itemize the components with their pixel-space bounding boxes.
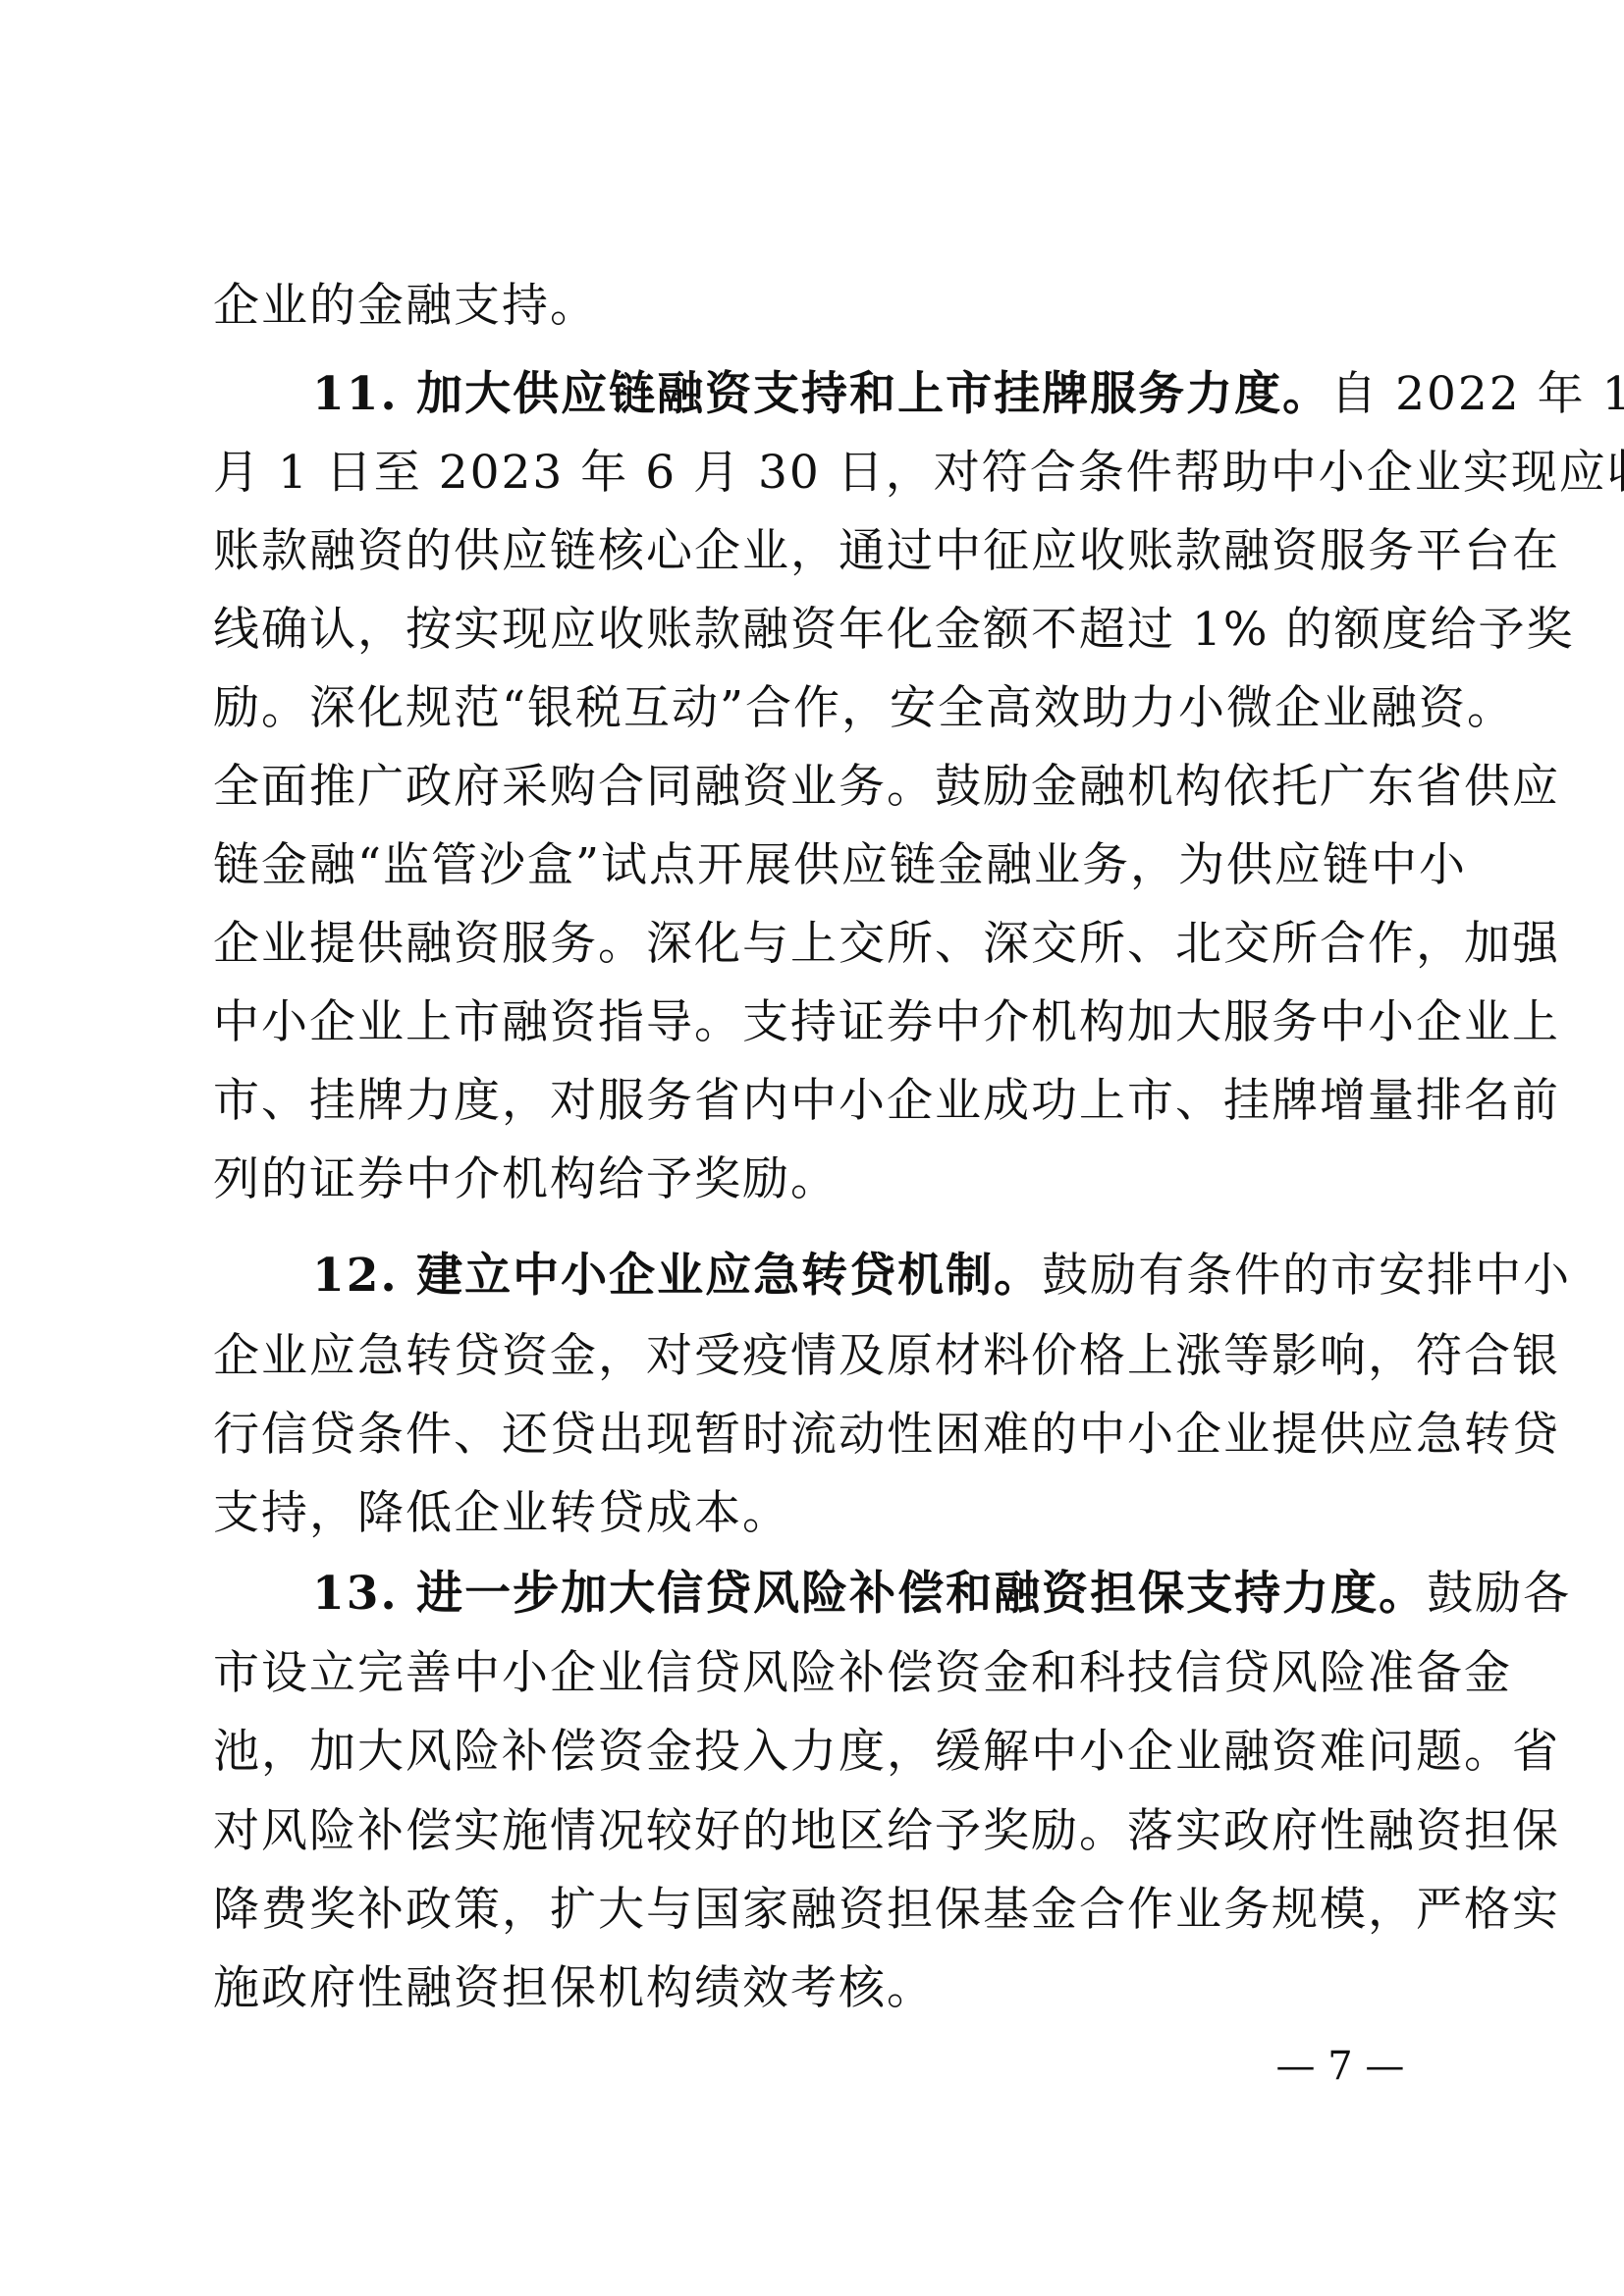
paragraph-line: 月 1 日至 2023 年 6 月 30 日，对符合条件帮助中小企业实现应收: [213, 442, 1427, 505]
paragraph-text: 市、挂牌力度，对服务省内中小企业成功上市、挂牌增量排名前: [213, 1074, 1560, 1128]
paragraph-text: 自 2022 年 1: [1330, 367, 1624, 421]
paragraph-line: 列的证券中介机构给予奖励。: [213, 1148, 1427, 1211]
paragraph-text: 施政府性融资担保机构绩效考核。: [213, 1961, 935, 2015]
paragraph-text: 月 1 日至 2023 年 6 月 30 日，对符合条件帮助中小企业实现应收: [213, 446, 1624, 500]
paragraph-line: 线确认，按实现应收账款融资年化金额不超过 1% 的额度给予奖: [213, 599, 1427, 662]
paragraph-text: 池，加大风险补偿资金投入力度，缓解中小企业融资难问题。省: [213, 1725, 1560, 1779]
paragraph-text: 账款融资的供应链核心企业，通过中征应收账款融资服务平台在: [213, 524, 1560, 578]
section-heading-line: 13. 进一步加大信贷风险补偿和融资担保支持力度。鼓励各: [312, 1563, 1427, 1626]
paragraph-line: 市设立完善中小企业信贷风险补偿资金和科技信贷风险准备金: [213, 1642, 1427, 1705]
paragraph-line: 励。深化规范“银税互动”合作，安全高效助力小微企业融资。: [213, 677, 1427, 740]
paragraph-line: 降费奖补政策，扩大与国家融资担保基金合作业务规模，严格实: [213, 1879, 1427, 1942]
paragraph-line: 全面推广政府采购合同融资业务。鼓励金融机构依托广东省供应: [213, 756, 1427, 819]
paragraph-text: 企业应急转贷资金，对受疫情及原材料价格上涨等影响，符合银: [213, 1329, 1560, 1383]
paragraph-line: 池，加大风险补偿资金投入力度，缓解中小企业融资难问题。省: [213, 1721, 1427, 1784]
paragraph-line: 对风险补偿实施情况较好的地区给予奖励。落实政府性融资担保: [213, 1800, 1427, 1863]
section-heading: 11. 加大供应链融资支持和上市挂牌服务力度。: [312, 367, 1330, 421]
paragraph-text: 鼓励各: [1427, 1567, 1571, 1621]
paragraph-line: 链金融“监管沙盒”试点开展供应链金融业务，为供应链中小: [213, 834, 1427, 897]
section-heading-line: 11. 加大供应链融资支持和上市挂牌服务力度。自 2022 年 1: [312, 363, 1427, 426]
page-number: — 7 —: [1257, 2042, 1424, 2091]
paragraph-line: 企业的金融支持。: [213, 275, 1427, 338]
paragraph-text: 列的证券中介机构给予奖励。: [213, 1152, 839, 1206]
section-heading-line: 12. 建立中小企业应急转贷机制。鼓励有条件的市安排中小: [312, 1245, 1427, 1308]
document-page: 企业的金融支持。11. 加大供应链融资支持和上市挂牌服务力度。自 2022 年 …: [0, 0, 1624, 2296]
paragraph-text: 鼓励有条件的市安排中小: [1042, 1249, 1571, 1303]
section-heading: 13. 进一步加大信贷风险补偿和融资担保支持力度。: [312, 1567, 1427, 1621]
paragraph-text: 支持，降低企业转贷成本。: [213, 1486, 790, 1540]
paragraph-line: 市、挂牌力度，对服务省内中小企业成功上市、挂牌增量排名前: [213, 1070, 1427, 1133]
paragraph-line: 企业应急转贷资金，对受疫情及原材料价格上涨等影响，符合银: [213, 1325, 1427, 1388]
section-heading: 12. 建立中小企业应急转贷机制。: [312, 1249, 1042, 1303]
paragraph-text: 链金融“监管沙盒”试点开展供应链金融业务，为供应链中小: [213, 838, 1467, 892]
paragraph-text: 对风险补偿实施情况较好的地区给予奖励。落实政府性融资担保: [213, 1804, 1560, 1858]
paragraph-line: 中小企业上市融资指导。支持证券中介机构加大服务中小企业上: [213, 991, 1427, 1054]
paragraph-text: 企业的金融支持。: [213, 279, 598, 333]
paragraph-text: 线确认，按实现应收账款融资年化金额不超过 1% 的额度给予奖: [213, 603, 1574, 657]
paragraph-line: 企业提供融资服务。深化与上交所、深交所、北交所合作，加强: [213, 913, 1427, 976]
paragraph-line: 账款融资的供应链核心企业，通过中征应收账款融资服务平台在: [213, 520, 1427, 583]
paragraph-text: 励。深化规范“银税互动”合作，安全高效助力小微企业融资。: [213, 681, 1515, 735]
paragraph-text: 中小企业上市融资指导。支持证券中介机构加大服务中小企业上: [213, 995, 1560, 1049]
paragraph-text: 全面推广政府采购合同融资业务。鼓励金融机构依托广东省供应: [213, 760, 1560, 814]
paragraph-text: 降费奖补政策，扩大与国家融资担保基金合作业务规模，严格实: [213, 1883, 1560, 1937]
paragraph-line: 施政府性融资担保机构绩效考核。: [213, 1957, 1427, 2020]
paragraph-text: 企业提供融资服务。深化与上交所、深交所、北交所合作，加强: [213, 917, 1560, 971]
paragraph-text: 行信贷条件、还贷出现暂时流动性困难的中小企业提供应急转贷: [213, 1408, 1560, 1462]
paragraph-line: 支持，降低企业转贷成本。: [213, 1482, 1427, 1545]
paragraph-line: 行信贷条件、还贷出现暂时流动性困难的中小企业提供应急转贷: [213, 1404, 1427, 1467]
paragraph-text: 市设立完善中小企业信贷风险补偿资金和科技信贷风险准备金: [213, 1646, 1512, 1700]
